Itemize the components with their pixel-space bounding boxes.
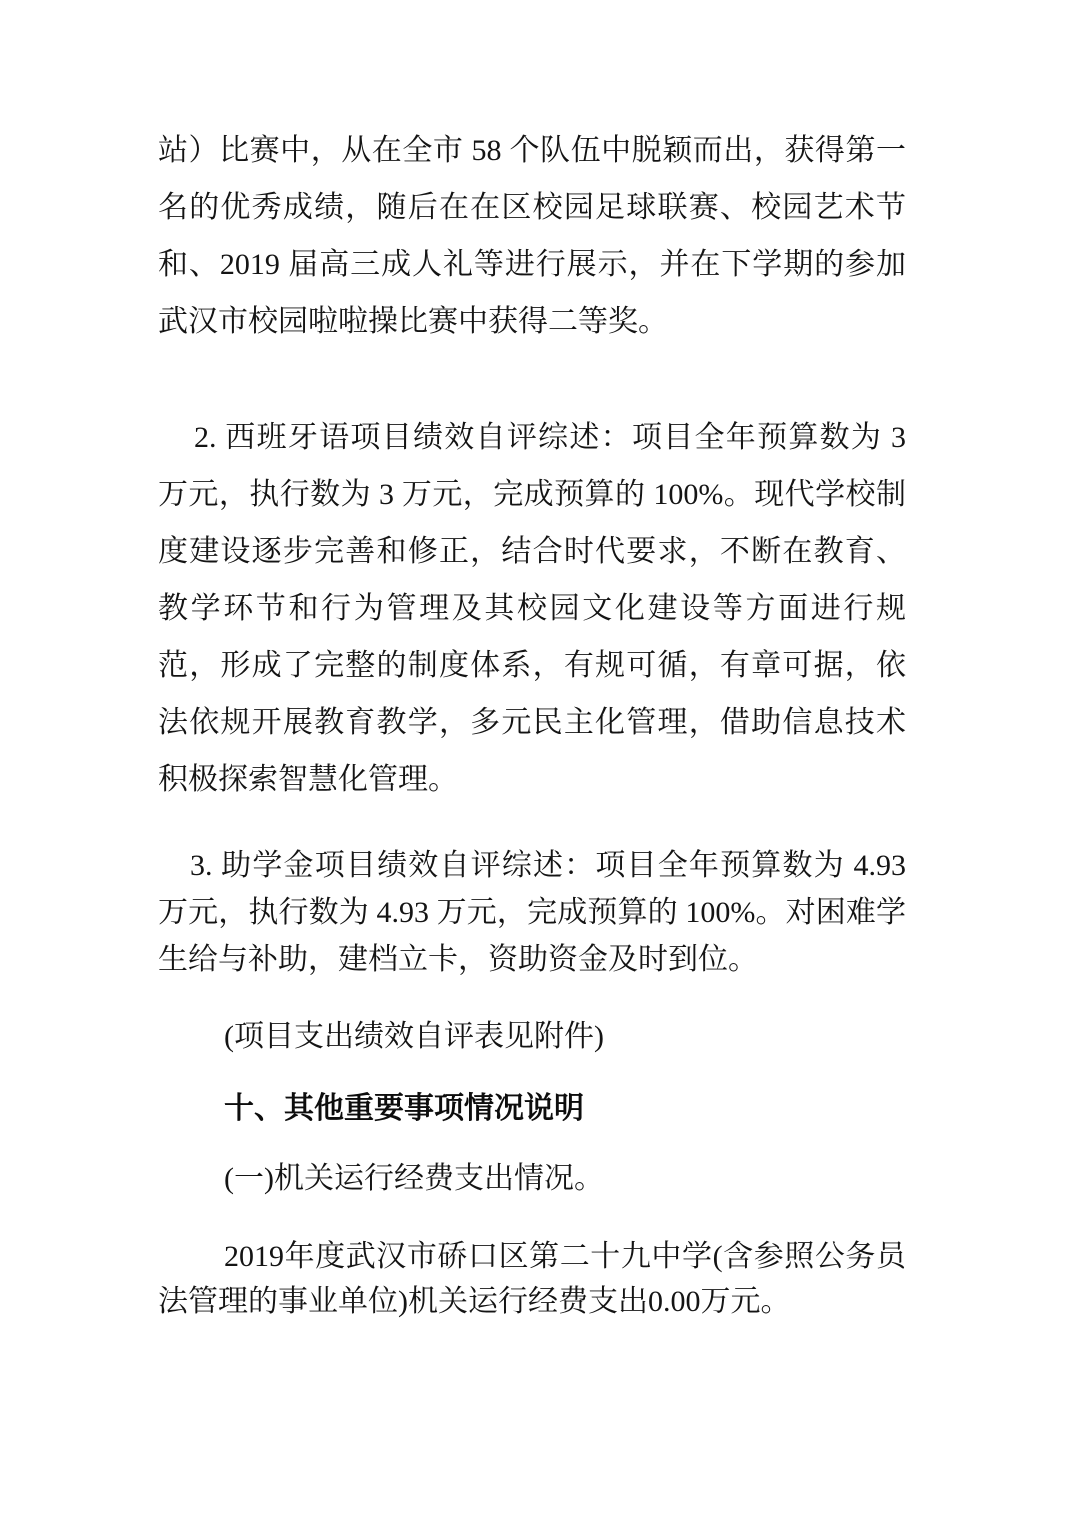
paragraph-operating-expense-statement: 2019年度武汉市硚口区第二十九中学(含参照公务员法管理的事业单位)机关运行经费… [158, 1234, 906, 1324]
document-text-block: 站）比赛中，从在全市 58 个队伍中脱颖而出，获得第一名的优秀成绩，随后在在区校… [158, 0, 906, 1324]
paragraph-spanish-project-self-evaluation: 2. 西班牙语项目绩效自评综述：项目全年预算数为 3 万元，执行数为 3 万元，… [158, 409, 906, 808]
paragraph-competition-results: 站）比赛中，从在全市 58 个队伍中脱颖而出，获得第一名的优秀成绩，随后在在区校… [158, 122, 906, 350]
section-heading-other-important-matters: 十、其他重要事项情况说明 [158, 1085, 906, 1132]
paragraph-attachment-note: (项目支出绩效自评表见附件) [158, 1013, 906, 1060]
paragraph-scholarship-project-self-evaluation: 3. 助学金项目绩效自评综述：项目全年预算数为 4.93 万元，执行数为 4.9… [158, 842, 906, 983]
subsection-heading-agency-operating-expense: (一)机关运行经费支出情况。 [158, 1155, 906, 1202]
document-page: 站）比赛中，从在全市 58 个队伍中脱颖而出，获得第一名的优秀成绩，随后在在区校… [0, 0, 1075, 1520]
